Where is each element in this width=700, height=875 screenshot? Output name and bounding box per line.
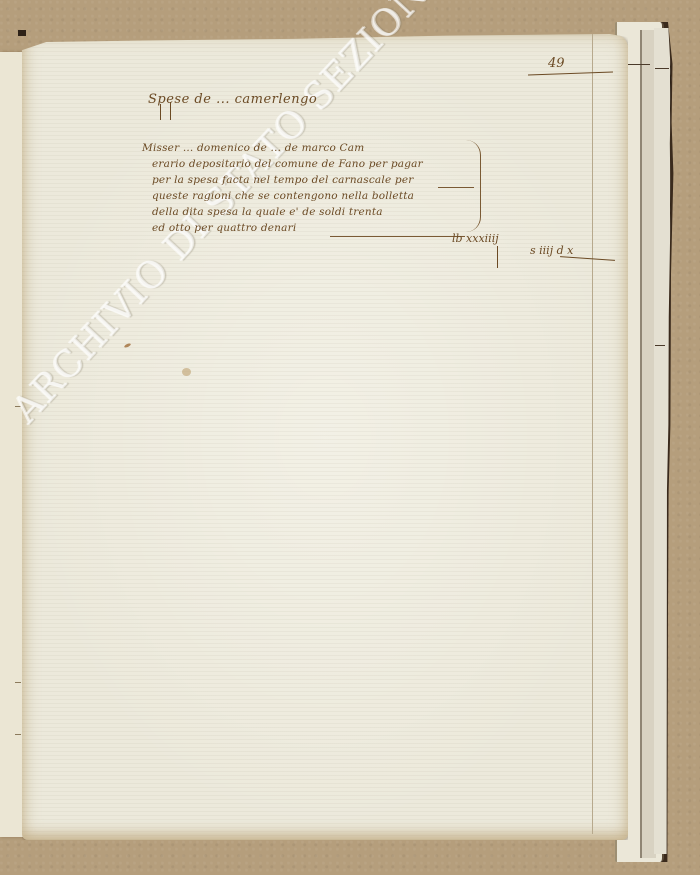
entry-line: per la spesa facta nel tempo del carnasc…: [142, 172, 472, 188]
ruling-mark: [655, 345, 665, 346]
stitch-mark: [15, 682, 21, 683]
amount-descender: [497, 246, 498, 268]
ruling-mark: [626, 64, 650, 65]
entry-bracket: [466, 140, 481, 232]
entry-line: queste ragioni che se contengono nella b…: [142, 188, 472, 204]
page-margin-ruling: [592, 34, 593, 834]
entry-total-rule: [330, 236, 465, 237]
amount-soldi: s iiij d x: [530, 244, 573, 257]
underlying-page-edges: [640, 30, 656, 858]
entry-line: ed otto per quattro denari: [142, 220, 472, 236]
heading-descender: [170, 102, 171, 120]
entry-heading: Spese de ... camerlengo: [148, 92, 317, 107]
stitch-mark: [15, 406, 21, 407]
heading-descender: [160, 104, 161, 120]
entry-side-rule: [438, 187, 474, 188]
entry-line: erario depositario del comune de Fano pe…: [142, 156, 472, 172]
manuscript-photo: ARCHIVIO DI STATO SEZIONE DI FANO 49 Spe…: [0, 0, 700, 875]
binding-corner: [18, 30, 26, 36]
entry-line: della dita spesa la quale e' de soldi tr…: [142, 204, 472, 220]
amount-lire: lb xxxiiij: [452, 232, 499, 245]
ruling-mark: [655, 68, 669, 69]
stitch-mark: [15, 734, 21, 735]
entry-line: Misser ... domenico de ... de marco Cam: [142, 140, 472, 156]
paper-stain: [182, 368, 191, 376]
folio-number: 49: [548, 56, 565, 71]
ledger-entry: Misser ... domenico de ... de marco Cam …: [142, 140, 472, 236]
